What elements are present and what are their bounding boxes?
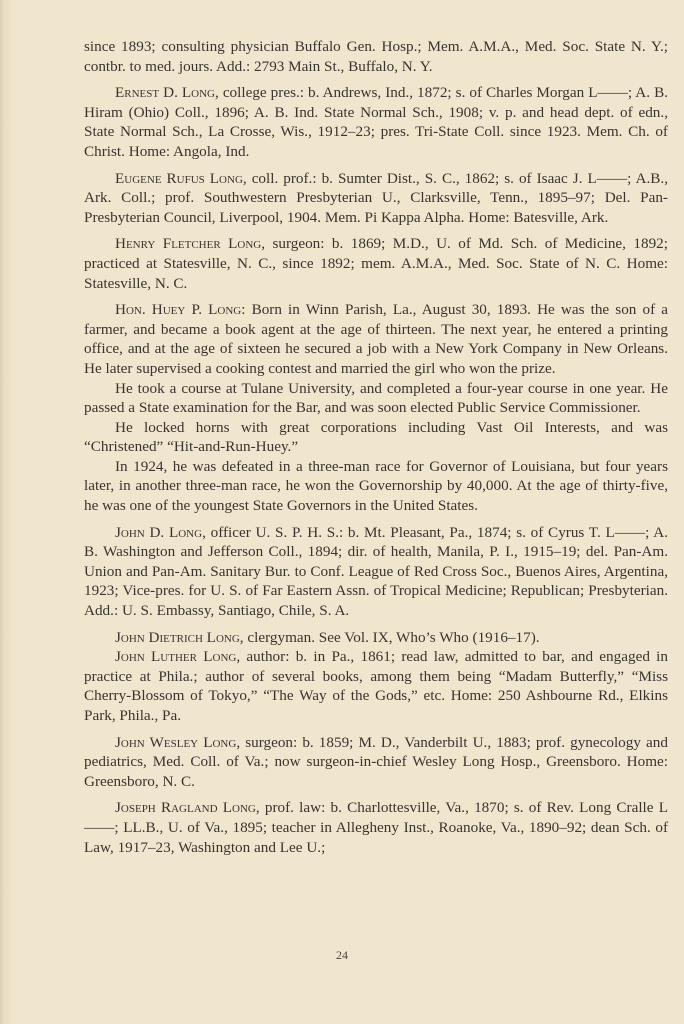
entry-huey-p-long: Hon. Huey P. Long: Born in Winn Parish, … xyxy=(84,300,668,516)
entry-continuation: since 1893; consulting physician Buffalo… xyxy=(84,37,668,76)
entry-text: since 1893; consulting physician Buffalo… xyxy=(84,38,668,75)
entry-name: John Wesley Long xyxy=(115,734,236,751)
entry-name: Ernest D. Long xyxy=(115,84,215,101)
entry-name: John Dietrich Long xyxy=(115,629,240,646)
entry-name: Eugene Rufus Long xyxy=(115,170,243,187)
entry-name: Joseph Ragland Long xyxy=(115,799,256,816)
entry-eugene-rufus-long: Eugene Rufus Long, coll. prof.: b. Sumte… xyxy=(84,169,668,228)
entry-ernest-d-long: Ernest D. Long, college pres.: b. Andrew… xyxy=(84,83,668,161)
huey-paragraph-4: In 1924, he was defeated in a three-man … xyxy=(84,457,668,516)
entry-name: John Luther Long xyxy=(115,648,236,665)
entry-henry-fletcher-long: Henry Fletcher Long, surgeon: b. 1869; M… xyxy=(84,234,668,293)
huey-paragraph-3: He locked horns with great corporations … xyxy=(84,418,668,457)
entry-name: Henry Fletcher Long xyxy=(115,235,261,252)
entry-john-d-long: John D. Long, officer U. S. P. H. S.: b.… xyxy=(84,523,668,621)
page-number: 24 xyxy=(0,948,684,963)
document-page: since 1893; consulting physician Buffalo… xyxy=(0,0,684,1024)
page-body: since 1893; consulting physician Buffalo… xyxy=(84,37,668,864)
entry-john-luther-long: John Luther Long, author: b. in Pa., 186… xyxy=(84,647,668,725)
entry-name: John D. Long xyxy=(115,524,202,541)
huey-paragraph-2: He took a course at Tulane University, a… xyxy=(84,379,668,418)
entry-john-wesley-long: John Wesley Long, surgeon: b. 1859; M. D… xyxy=(84,733,668,792)
entry-text: , clergyman. See Vol. IX, Who’s Who (191… xyxy=(240,629,540,646)
huey-paragraph-1: Hon. Huey P. Long: Born in Winn Parish, … xyxy=(84,300,668,378)
entry-name: Hon. Huey P. Long xyxy=(115,301,241,318)
entry-john-dietrich-long: John Dietrich Long, clergyman. See Vol. … xyxy=(84,628,668,648)
entry-joseph-ragland-long: Joseph Ragland Long, prof. law: b. Charl… xyxy=(84,798,668,857)
